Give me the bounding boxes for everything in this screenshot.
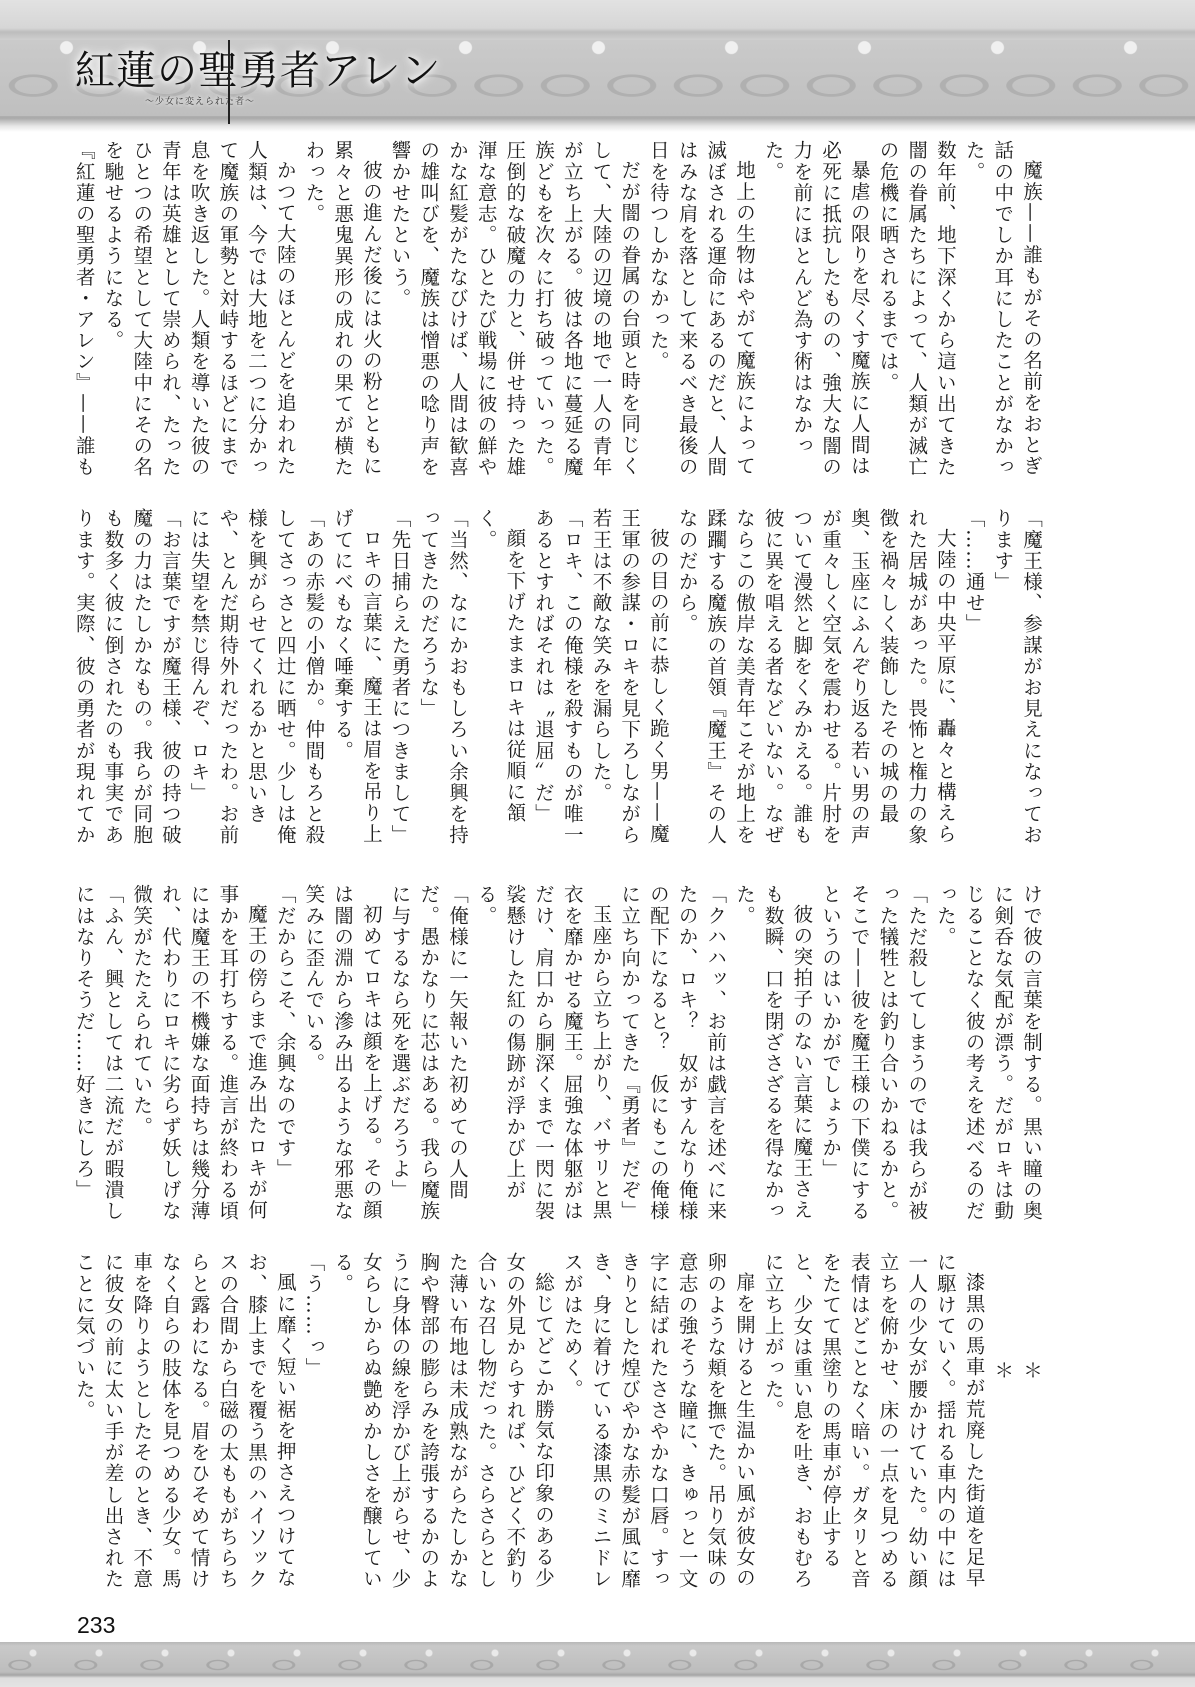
series-logo: 紅蓮の聖勇者アレン 〜少女に変えられた者〜 bbox=[75, 48, 441, 120]
paragraph: 扉を開けると生温かい風が彼女の卵のような頬を撫でた。吊り気味の意志の強そうな瞳に… bbox=[557, 1252, 758, 1604]
paragraph: 魔王の傍らまで進み出たロキが何事かを耳打ちする。進言が終わる頃には魔王の不機嫌な… bbox=[127, 884, 271, 1236]
paragraph: 顔を下げたままロキは従順に頷く。 bbox=[471, 508, 528, 860]
paragraph: 「ただ殺してしまうのでは我らが被った犠牲とは釣り合いかねるかと。そこで——彼を魔… bbox=[815, 884, 930, 1236]
text-tier-2: 「魔王様、参謀がお見えになっております」「……通せ」大陸の中央平原に、轟々と構え… bbox=[70, 508, 1045, 860]
paragraph: 暴虐の限りを尽くす魔族に人間は必死に抵抗したものの、強大な闇の力を前にほとんど為… bbox=[758, 140, 873, 492]
paragraph: 彼の進んだ後には火の粉とともに累々と悪鬼異形の成れの果てが横たわった。 bbox=[299, 140, 385, 492]
paragraph: 「先日捕らえた勇者につきまして」 bbox=[385, 508, 414, 860]
paragraph: けで彼の言葉を制する。黒い瞳の奥に剣呑な気配が漂う。だがロキは動じることなく彼の… bbox=[930, 884, 1045, 1236]
text-tier-4: ＊ ＊漆黒の馬車が荒廃した街道を足早に駆けていく。揺れる車内の中には一人の少女が… bbox=[70, 1252, 1045, 1604]
series-title: 紅蓮の聖勇者アレン bbox=[75, 48, 441, 94]
footer-ornament-band bbox=[0, 1642, 1195, 1687]
paragraph: 数年前、地下深くから這い出てきた闇の眷属たちによって、人類が滅亡の危機に晒される… bbox=[873, 140, 959, 492]
paragraph: 初めてロキは顔を上げる。その顔は闇の淵から滲み出るような邪悪な笑みに歪んでいる。 bbox=[299, 884, 385, 1236]
paragraph: 「ロキ、この俺様を殺すものが唯一あるとすればそれは〝退屈〟だ」 bbox=[528, 508, 585, 860]
paragraph: だが闇の眷属の台頭と時を同じくして、大陸の辺境の地で一人の青年が立ち上がる。彼は… bbox=[385, 140, 643, 492]
paragraph: かつて大陸のほとんどを追われた人類は、今では大地を二つに分かって魔族の軍勢と対峙… bbox=[98, 140, 299, 492]
paragraph: 「……通せ」 bbox=[959, 508, 988, 860]
paragraph: 「お言葉ですが魔王様、彼の持つ破魔の力はたしかなもの。我らが同胞も数多く彼に倒さ… bbox=[70, 508, 184, 860]
paragraph: 漆黒の馬車が荒廃した街道を足早に駆けていく。揺れる車内の中には一人の少女が腰かけ… bbox=[758, 1252, 988, 1604]
section-separator: ＊ ＊ bbox=[988, 1252, 1045, 1604]
header-ornament-band: 紅蓮の聖勇者アレン 〜少女に変えられた者〜 bbox=[0, 0, 1195, 132]
text-tier-1: 魔族——誰もがその名前をおとぎ話の中でしか耳にしたことがなかった。数年前、地下深… bbox=[70, 140, 1045, 492]
paragraph: 地上の生物はやがて魔族によって滅ぼされる運命にあるのだと、人間はみな肩を落として… bbox=[643, 140, 758, 492]
paragraph: 『紅蓮の聖勇者・アレン』——誰もがこの救世主によって魔族どもは地下深くへと追い返… bbox=[70, 140, 98, 492]
text-tier-3: けで彼の言葉を制する。黒い瞳の奥に剣呑な気配が漂う。だがロキは動じることなく彼の… bbox=[70, 884, 1045, 1236]
paragraph: 総じてどこか勝気な印象のある少女の外見からすれば、ひどく不釣り合いな召し物だった… bbox=[327, 1252, 557, 1604]
paragraph: 魔族——誰もがその名前をおとぎ話の中でしか耳にしたことがなかった。 bbox=[959, 140, 1045, 492]
paragraph: 「当然、なにかおもしろい余興を持ってきたのだろうな」 bbox=[414, 508, 471, 860]
paragraph: ロキの言葉に、魔王は眉を吊り上げてにべもなく唾棄する。 bbox=[327, 508, 384, 860]
paragraph: 「あの赤髪の小僧か。仲間もろと殺してさっさと四辻に晒せ。少しは俺様を興がらせてく… bbox=[184, 508, 328, 860]
paragraph: 風に靡く短い裾を押さえつけてなお、膝上までを覆う黒のハイソックスの合間から白磁の… bbox=[70, 1252, 299, 1604]
paragraph: 彼の目の前に恭しく跪く男——魔王軍の参謀・ロキを見下ろしながら若王は不敵な笑みを… bbox=[586, 508, 672, 860]
paragraph: 「クハハッ、お前は戯言を述べに来たのか、ロキ？ 奴がすんなり俺様の配下になると？… bbox=[614, 884, 729, 1236]
series-subtitle: 〜少女に変えられた者〜 bbox=[145, 94, 255, 107]
paragraph: 玉座から立ち上がり、バサリと黒衣を靡かせる魔王。屈強な体躯がはだけ、肩口から胴深… bbox=[471, 884, 615, 1236]
paragraph: 「ふん、興としては二流だが暇潰しにはなりそうだ……好きにしろ」 bbox=[70, 884, 127, 1236]
paragraph: 「だからこそ、余興なのです」 bbox=[270, 884, 299, 1236]
paragraph: 大陸の中央平原に、轟々と構えられた居城があった。畏怖と権力の象徴を禍々しく装飾し… bbox=[672, 508, 959, 860]
paragraph: 「う……っ」 bbox=[299, 1252, 328, 1604]
paragraph: 「魔王様、参謀がお見えになっております」 bbox=[988, 508, 1045, 860]
sword-icon bbox=[228, 40, 230, 124]
page-number: 233 bbox=[77, 1612, 115, 1639]
paragraph: 「俺様に一矢報いた初めての人間だ。愚かなりに芯はある。我ら魔族に与するなら死を選… bbox=[385, 884, 471, 1236]
paragraph: 彼の突拍子のない言葉に魔王さえも数瞬、口を閉ざさざるを得なかった。 bbox=[729, 884, 815, 1236]
